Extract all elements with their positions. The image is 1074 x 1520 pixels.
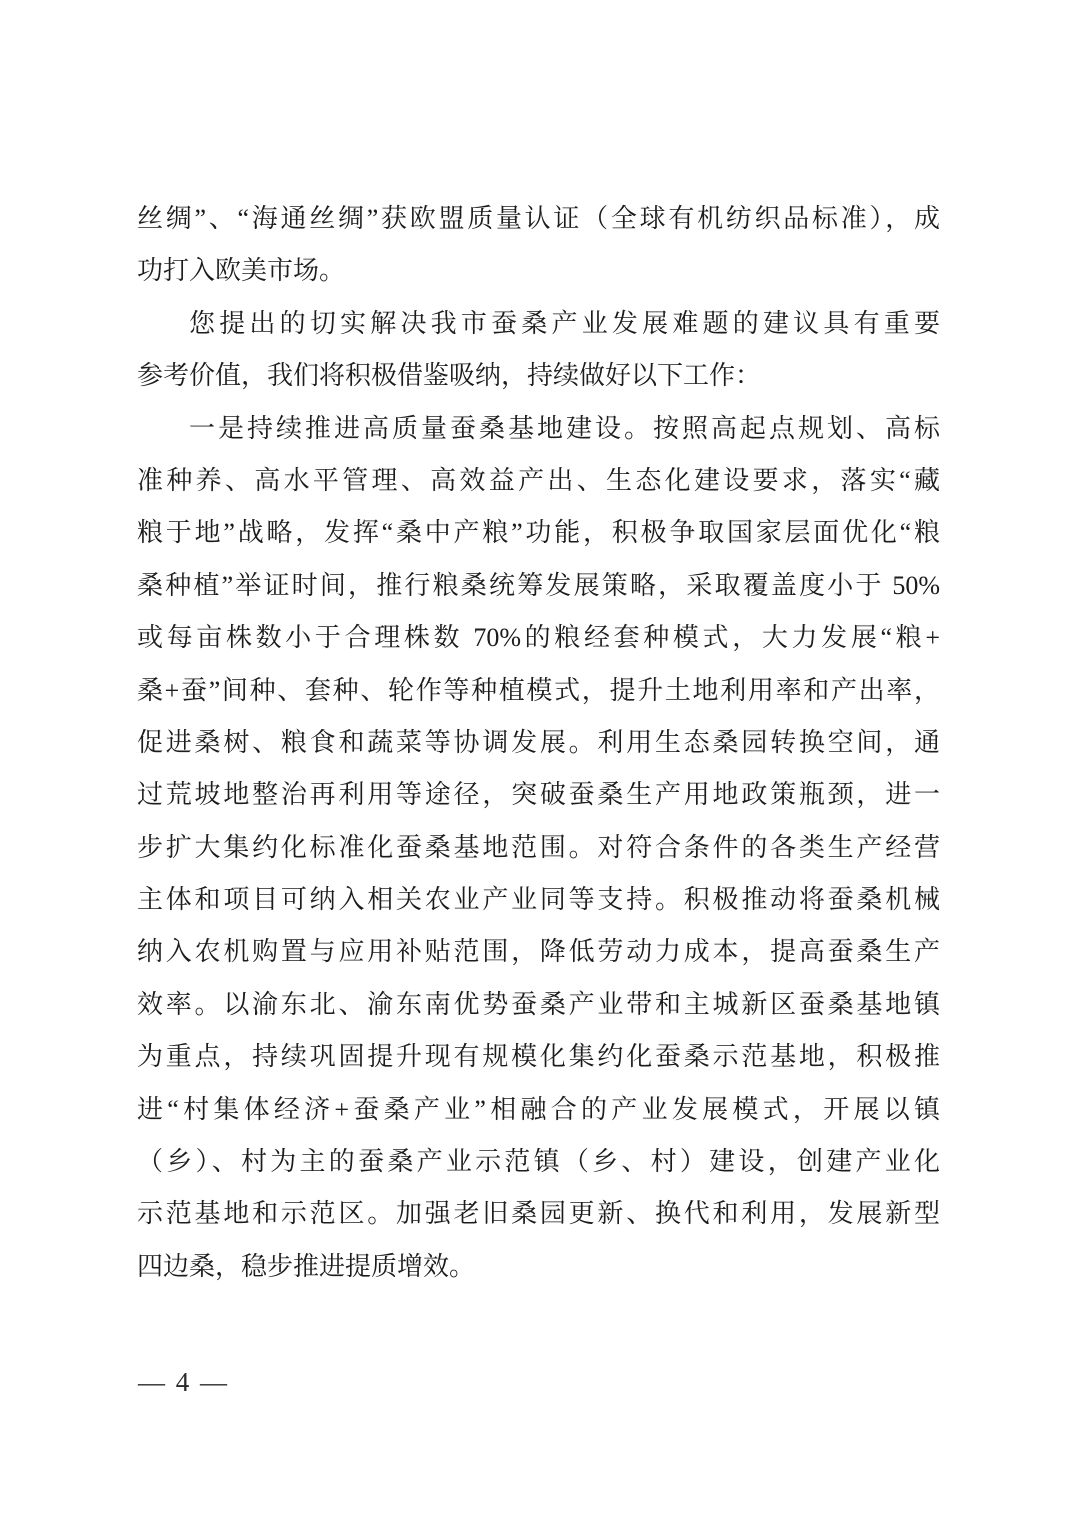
text-line: 进“村集体经济+蚕桑产业”相融合的产业发展模式，开展以镇 xyxy=(137,1084,940,1136)
document-page: 丝绸”、“海通丝绸”获欧盟质量认证（全球有机纺织品标准），成 功打入欧美市场。 … xyxy=(0,0,1074,1520)
text-line: 效率。以渝东北、渝东南优势蚕桑产业带和主城新区蚕桑基地镇 xyxy=(137,979,940,1031)
text-line: 四边桑，稳步推进提质增效。 xyxy=(137,1241,940,1293)
text-line: （乡）、村为主的蚕桑产业示范镇（乡、村）建设，创建产业化 xyxy=(137,1136,940,1188)
text-line: 一是持续推进高质量蚕桑基地建设。按照高起点规划、高标 xyxy=(137,403,940,455)
text-line: 主体和项目可纳入相关农业产业同等支持。积极推动将蚕桑机械 xyxy=(137,874,940,926)
text-line: 示范基地和示范区。加强老旧桑园更新、换代和利用，发展新型 xyxy=(137,1188,940,1240)
text-line: 准种养、高水平管理、高效益产出、生态化建设要求，落实“藏 xyxy=(137,455,940,507)
text-line: 促进桑树、粮食和蔬菜等协调发展。利用生态桑园转换空间，通 xyxy=(137,717,940,769)
text-line: 您提出的切实解决我市蚕桑产业发展难题的建议具有重要 xyxy=(137,298,940,350)
text-line: 桑+蚕”间种、套种、轮作等种植模式，提升土地利用率和产出率， xyxy=(137,665,940,717)
text-line: 过荒坡地整治再利用等途径，突破蚕桑生产用地政策瓶颈，进一 xyxy=(137,769,940,821)
text-line: 参考价值，我们将积极借鉴吸纳，持续做好以下工作： xyxy=(137,350,940,402)
paragraph-measure-one: 一是持续推进高质量蚕桑基地建设。按照高起点规划、高标 准种养、高水平管理、高效益… xyxy=(137,403,940,1294)
page-number: — 4 — xyxy=(138,1367,229,1397)
paragraph-europe-market: 丝绸”、“海通丝绸”获欧盟质量认证（全球有机纺织品标准），成 功打入欧美市场。 xyxy=(137,193,940,298)
text-line: 功打入欧美市场。 xyxy=(137,245,940,297)
text-line: 或每亩株数小于合理株数 70%的粮经套种模式，大力发展“粮+ xyxy=(137,612,940,664)
page-footer: — 4 — xyxy=(138,1365,229,1399)
text-line: 桑种植”举证时间，推行粮桑统筹发展策略，采取覆盖度小于 50% xyxy=(137,560,940,612)
paragraph-acknowledgement: 您提出的切实解决我市蚕桑产业发展难题的建议具有重要 参考价值，我们将积极借鉴吸纳… xyxy=(137,298,940,403)
text-line: 步扩大集约化标准化蚕桑基地范围。对符合条件的各类生产经营 xyxy=(137,822,940,874)
text-line: 粮于地”战略，发挥“桑中产粮”功能，积极争取国家层面优化“粮 xyxy=(137,507,940,559)
text-line: 纳入农机购置与应用补贴范围，降低劳动力成本，提高蚕桑生产 xyxy=(137,926,940,978)
text-line: 为重点，持续巩固提升现有规模化集约化蚕桑示范基地，积极推 xyxy=(137,1031,940,1083)
letter-body: 丝绸”、“海通丝绸”获欧盟质量认证（全球有机纺织品标准），成 功打入欧美市场。 … xyxy=(137,193,940,1293)
text-line: 丝绸”、“海通丝绸”获欧盟质量认证（全球有机纺织品标准），成 xyxy=(137,193,940,245)
